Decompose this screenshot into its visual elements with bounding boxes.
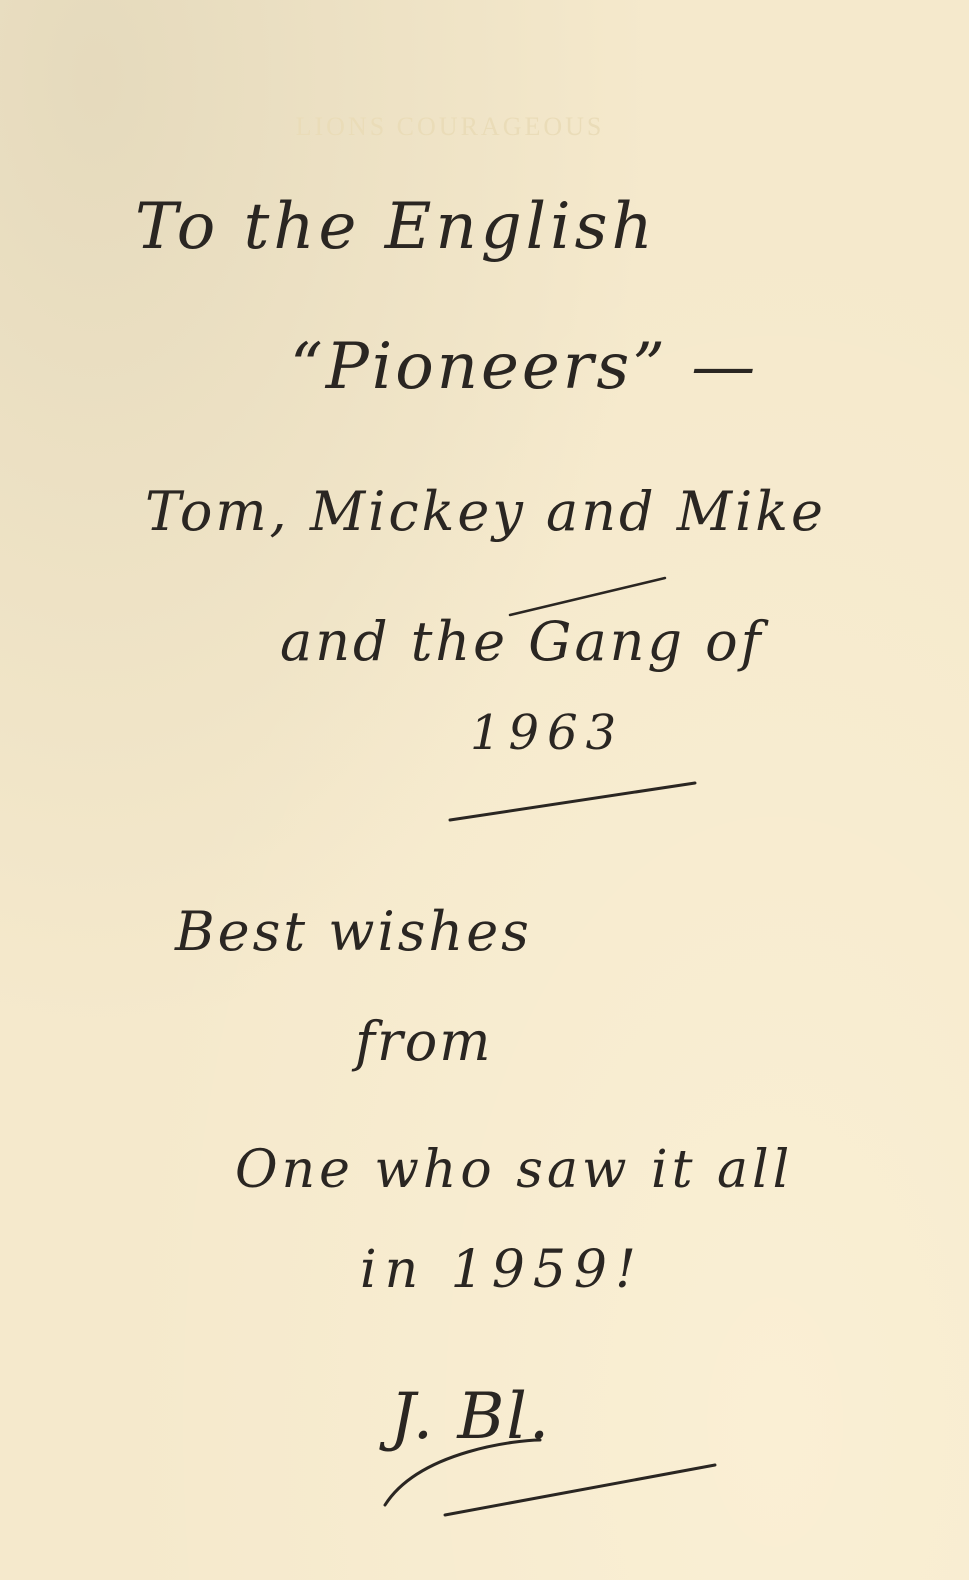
signature-flourish (385, 1440, 715, 1515)
divider-stroke (450, 783, 695, 820)
book-page: LIONS COURAGEOUS To the English “Pioneer… (0, 0, 969, 1580)
pen-strokes (0, 0, 969, 1580)
crossbar-stroke (510, 578, 665, 615)
